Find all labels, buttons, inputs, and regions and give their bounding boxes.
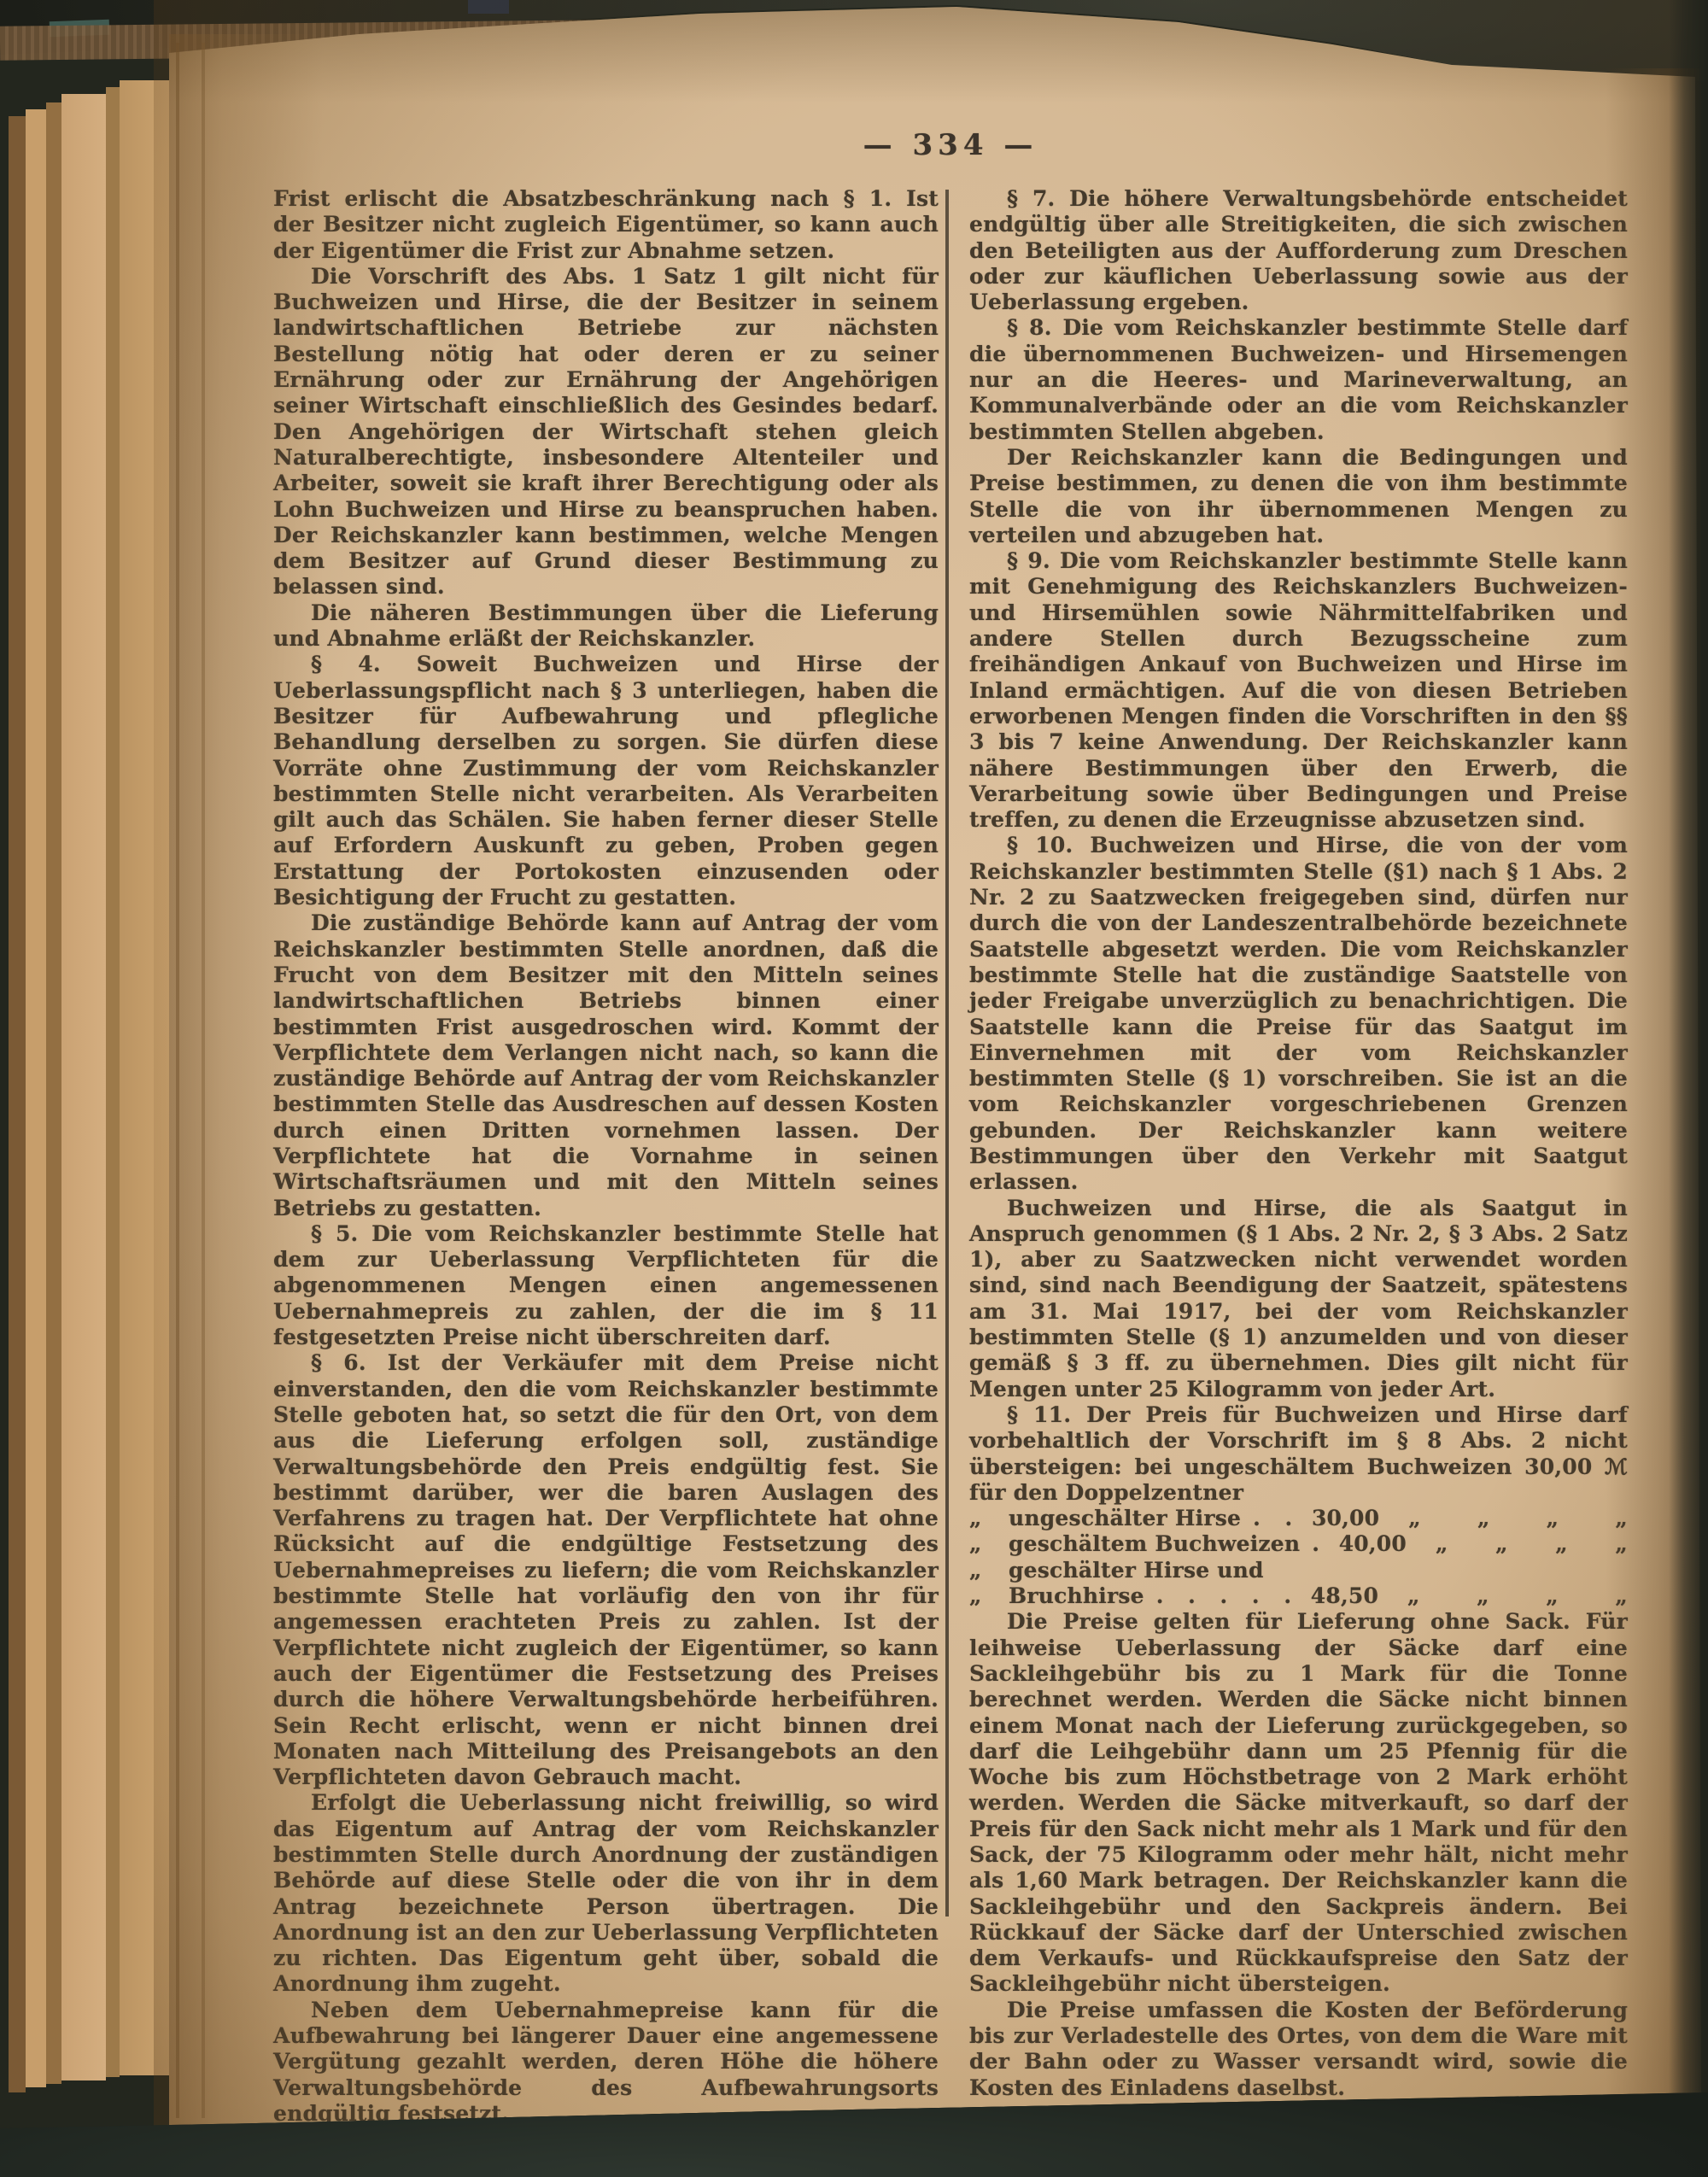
paragraph: Der Reichskanzler kann die Bedingungen u… (969, 445, 1628, 548)
column-divider-rule (945, 190, 949, 1917)
paragraph-section-6: § 6. Ist der Verkäufer mit dem Preise ni… (273, 1350, 939, 1790)
paragraph-section-11: § 11. Der Preis für Buchweizen und Hirse… (969, 1402, 1628, 1506)
page-number: — 334 — (273, 128, 1628, 162)
paragraph: Die Vorschrift des Abs. 1 Satz 1 gilt ni… (273, 264, 939, 600)
paragraph: Neben dem Uebernahmepreise kann für die … (273, 1998, 939, 2127)
page-crease-lines (176, 43, 227, 2118)
paragraph: Die Preise gelten für Lieferung ohne Sac… (969, 1609, 1628, 1997)
paragraph: Die näheren Bestimmungen über die Liefer… (273, 600, 939, 653)
page-edge (26, 109, 46, 2087)
page-edge (9, 116, 26, 2092)
scan-debris (468, 0, 509, 14)
ditto-marks: „ „ „ „ (1407, 1531, 1628, 1557)
price-label: geschälter Hirse und (1009, 1558, 1264, 1583)
printed-content: — 334 — Frist erlischt die Absatzbeschrä… (273, 128, 1628, 2127)
ditto-marks: „ „ „ „ (1379, 1506, 1628, 1531)
price-value: 40,00 (1328, 1531, 1407, 1557)
price-dot-leader: . . (1241, 1506, 1301, 1531)
ditto-marks: „ „ „ „ (1378, 1583, 1628, 1609)
price-label: Bruchhirse (1009, 1583, 1144, 1609)
price-value: 30,00 (1301, 1506, 1379, 1531)
page-edge (61, 94, 106, 2080)
ditto-mark: „ (969, 1583, 1009, 1609)
paragraph-section-7: § 7. Die höhere Verwaltungsbehörde entsc… (969, 186, 1628, 315)
paragraph-section-9: § 9. Die vom Reichskanzler bestimmte Ste… (969, 548, 1628, 833)
left-column: Frist erlischt die Absatzbeschränkung na… (273, 186, 939, 2127)
paragraph-section-8: § 8. Die vom Reichskanzler bestimmte Ste… (969, 315, 1628, 444)
price-dot-leader: . (1300, 1531, 1328, 1557)
paragraph: Die Preise umfassen die Kosten der Beför… (969, 1998, 1628, 2101)
price-label: ungeschälter Hirse (1009, 1506, 1241, 1531)
price-row-geschaelter-buchweizen: „ geschältem Buchweizen . 40,00 „ „ „ „ (969, 1531, 1628, 1557)
price-row-bruchhirse: „ Bruchhirse . . . . . 48,50 „ „ „ „ (969, 1583, 1628, 1609)
price-dot-leader: . . . . . (1144, 1583, 1300, 1609)
right-column: § 7. Die höhere Verwaltungsbehörde entsc… (969, 186, 1628, 2127)
two-column-text: Frist erlischt die Absatzbeschränkung na… (273, 186, 1628, 2127)
paragraph: Buchweizen und Hirse, die als Saatgut in… (969, 1196, 1628, 1402)
ditto-mark: „ (969, 1558, 1009, 1583)
paragraph: Frist erlischt die Absatzbeschränkung na… (273, 186, 939, 264)
paragraph: Erfolgt die Ueberlassung nicht freiwilli… (273, 1790, 939, 1997)
page-edge-stack (0, 34, 179, 2127)
scanned-book-page: — 334 — Frist erlischt die Absatzbeschrä… (0, 0, 1708, 2177)
ditto-mark: „ (969, 1531, 1009, 1557)
price-row-ungeschaelte-hirse: „ ungeschälter Hirse . . 30,00 „ „ „ „ (969, 1506, 1628, 1531)
price-value: 48,50 (1300, 1583, 1378, 1609)
ditto-mark: „ (969, 1506, 1009, 1531)
paragraph-section-10: § 10. Buchweizen und Hirse, die von der … (969, 833, 1628, 1195)
scanner-background-right (1669, 0, 1708, 2177)
page-edge (106, 87, 120, 2077)
page-edge (46, 102, 61, 2084)
price-label: geschältem Buchweizen (1009, 1531, 1300, 1557)
paragraph: Die zuständige Behörde kann auf Antrag d… (273, 910, 939, 1221)
price-row-geschaelte-hirse: „ geschälter Hirse und (969, 1558, 1628, 1583)
paragraph-section-5: § 5. Die vom Reichskanzler bestimmte Ste… (273, 1221, 939, 1350)
paragraph-section-4: § 4. Soweit Buchweizen und Hirse der Ueb… (273, 652, 939, 910)
